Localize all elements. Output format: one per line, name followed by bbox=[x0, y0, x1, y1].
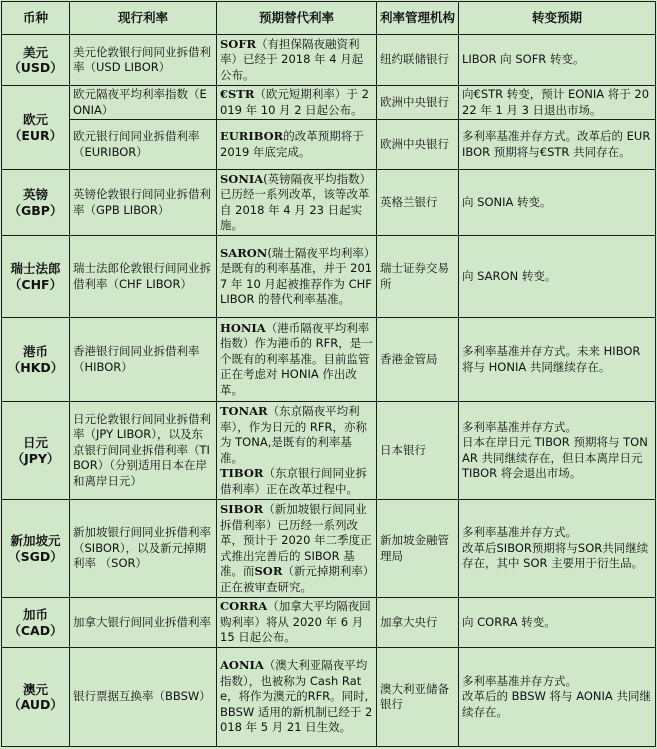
transition-cell: 多利率基准并存方式。改革后的 EURIBOR 预期将与€STR 共同存在。 bbox=[459, 120, 656, 170]
replacement-rate-cell: AONIA（澳大利亚隔夜平均指数），也被称为 Cash Rate，将作为澳元的R… bbox=[217, 648, 377, 747]
authority-cell: 香港金管局 bbox=[377, 318, 459, 402]
transition-para-1: 多利率基准并存方式。 bbox=[462, 420, 652, 436]
authority-cell: 加拿大央行 bbox=[377, 598, 459, 648]
rate-name: SOR bbox=[255, 564, 283, 578]
rate-name: HONIA bbox=[220, 321, 266, 335]
transition-cell: 向 CORRA 转变。 bbox=[459, 598, 656, 648]
transition-cell: 多利率基准并存方式。 改革后的 BBSW 将与 AONIA 共同继续存在。 bbox=[459, 648, 656, 747]
currency-code: （HKD） bbox=[5, 360, 66, 376]
rate-name: CORRA bbox=[220, 599, 267, 613]
replacement-rate-cell: TONAR（东京隔夜平均利率），作为日元的 RFR，亦称为 TONA,是既有的利… bbox=[217, 402, 377, 500]
currency-code: （AUD） bbox=[5, 697, 66, 713]
currency-name: 欧元 bbox=[5, 112, 66, 128]
transition-para-2: 日本在岸日元 TIBOR 预期将与 TONAR 共同继续存在，但日本离岸日元 T… bbox=[462, 435, 652, 482]
current-rate-cell: 瑞士法郎伦敦银行间同业拆借利率（CHF LIBOR） bbox=[70, 236, 217, 318]
currency-name: 英镑 bbox=[5, 187, 66, 203]
rate-name: AONIA bbox=[220, 658, 264, 672]
table-row-gbp: 英镑 （GBP） 英镑伦敦银行间同业拆借利率（GPB LIBOR） SONIA(… bbox=[2, 170, 656, 236]
current-rate-cell: 加拿大银行间同业拆借利率 bbox=[70, 598, 217, 648]
table-row-eur-eonia: 欧元 （EUR） 欧元隔夜平均利率指数（EONIA） €STR（欧元短期利率）于… bbox=[2, 86, 656, 120]
currency-cell: 新加坡元 （SGD） bbox=[2, 500, 70, 598]
replacement-rate-cell: SARON(瑞士隔夜平均利率）是既有的利率基准，并于 2017 年 10 月起被… bbox=[217, 236, 377, 318]
currency-cell: 瑞士法郎 （CHF） bbox=[2, 236, 70, 318]
current-rate-cell: 美元伦敦银行间同业拆借利率（USD LIBOR） bbox=[70, 35, 217, 86]
currency-name: 港币 bbox=[5, 344, 66, 360]
replacement-rate-cell: HONIA（港币隔夜平均利率指数）作为港币的 RFR，是一个既有的利率基准。目前… bbox=[217, 318, 377, 402]
currency-cell: 欧元 （EUR） bbox=[2, 86, 70, 170]
replacement-para-1: TONAR（东京隔夜平均利率），作为日元的 RFR，亦称为 TONA,是既有的利… bbox=[220, 404, 373, 466]
header-current-rate: 现行利率 bbox=[70, 2, 217, 35]
transition-cell: 多利率基准并存方式。 改革后SIBOR预期将与SOR共同继续存在，其中 SOR … bbox=[459, 500, 656, 598]
current-rate-cell: 欧元银行间同业拆借利率（EURIBOR） bbox=[70, 120, 217, 170]
replacement-rate-cell: SIBOR（新加坡银行间同业拆借利率）已历经一系列改革，预计于 2020 年二季… bbox=[217, 500, 377, 598]
transition-para-1: 多利率基准并存方式。 bbox=[462, 525, 652, 541]
replacement-para-2: TIBOR（东京银行间同业拆借利率）正在改革过程中。 bbox=[220, 466, 373, 497]
currency-name: 加币 bbox=[5, 607, 66, 623]
authority-cell: 纽约联储银行 bbox=[377, 35, 459, 86]
table-row-cad: 加币 （CAD） 加拿大银行间同业拆借利率 CORRA（加拿大平均隔夜回购利率）… bbox=[2, 598, 656, 648]
transition-para-2: 改革后SIBOR预期将与SOR共同继续存在，其中 SOR 主要用于衍生品。 bbox=[462, 541, 652, 572]
authority-cell: 欧洲中央银行 bbox=[377, 120, 459, 170]
transition-para-1: 多利率基准并存方式。 bbox=[462, 674, 652, 690]
currency-name: 新加坡元 bbox=[5, 533, 66, 549]
rate-name: SONIA bbox=[220, 172, 263, 186]
current-rate-cell: 日元伦敦银行间同业拆借利率（JPY LIBOR），以及东京银行间同业拆借利率（T… bbox=[70, 402, 217, 500]
currency-cell: 港币 （HKD） bbox=[2, 318, 70, 402]
currency-cell: 英镑 （GBP） bbox=[2, 170, 70, 236]
transition-cell: 多利率基准并存方式。 日本在岸日元 TIBOR 预期将与 TONAR 共同继续存… bbox=[459, 402, 656, 500]
currency-code: （SGD） bbox=[5, 549, 66, 565]
rate-name: SARON bbox=[220, 246, 267, 260]
currency-name: 澳元 bbox=[5, 682, 66, 698]
table-row-usd: 美元 （USD） 美元伦敦银行间同业拆借利率（USD LIBOR） SOFR（有… bbox=[2, 35, 656, 86]
authority-cell: 日本银行 bbox=[377, 402, 459, 500]
current-rate-cell: 新加坡银行间同业拆借利率（SIBOR），以及新元掉期利率 （SOR） bbox=[70, 500, 217, 598]
replacement-rate-cell: EURIBOR的改革预期将于 2019 年底完成。 bbox=[217, 120, 377, 170]
currency-name: 美元 bbox=[5, 45, 66, 61]
authority-cell: 瑞士证券交易所 bbox=[377, 236, 459, 318]
currency-code: （CHF） bbox=[5, 277, 66, 293]
replacement-rate-cell: SONIA(英镑隔夜平均指数）已历经一系列改革，该等改革自 2018 年 4 月… bbox=[217, 170, 377, 236]
table-row-aud: 澳元 （AUD） 银行票据互换率（BBSW） AONIA（澳大利亚隔夜平均指数）… bbox=[2, 648, 656, 747]
transition-cell: LIBOR 向 SOFR 转变。 bbox=[459, 35, 656, 86]
currency-code: （USD） bbox=[5, 60, 66, 76]
table-row-hkd: 港币 （HKD） 香港银行间同业拆借利率（HIBOR） HONIA（港币隔夜平均… bbox=[2, 318, 656, 402]
rate-name: TIBOR bbox=[220, 466, 263, 480]
header-currency: 币种 bbox=[2, 2, 70, 35]
current-rate-cell: 银行票据互换率（BBSW） bbox=[70, 648, 217, 747]
transition-cell: 向 SARON 转变。 bbox=[459, 236, 656, 318]
currency-cell: 加币 （CAD） bbox=[2, 598, 70, 648]
header-transition: 转变预期 bbox=[459, 2, 656, 35]
currency-cell: 澳元 （AUD） bbox=[2, 648, 70, 747]
replacement-rate-cell: €STR（欧元短期利率）于 2019 年 10 月 2 日起公布。 bbox=[217, 86, 377, 120]
currency-name: 日元 bbox=[5, 435, 66, 451]
current-rate-cell: 英镑伦敦银行间同业拆借利率（GPB LIBOR） bbox=[70, 170, 217, 236]
replacement-rate-cell: SOFR（有担保隔夜融资利率）已经于 2018 年 4 月起公布。 bbox=[217, 35, 377, 86]
table-row-jpy: 日元 （JPY） 日元伦敦银行间同业拆借利率（JPY LIBOR），以及东京银行… bbox=[2, 402, 656, 500]
rate-name: SIBOR bbox=[220, 502, 263, 516]
currency-name: 瑞士法郎 bbox=[5, 261, 66, 277]
authority-cell: 欧洲中央银行 bbox=[377, 86, 459, 120]
authority-cell: 新加坡金融管理局 bbox=[377, 500, 459, 598]
header-row: 币种 现行利率 预期替代利率 利率管理机构 转变预期 bbox=[2, 2, 656, 35]
currency-code: （JPY） bbox=[5, 451, 66, 467]
rate-name: EURIBOR bbox=[220, 129, 283, 143]
replacement-rate-cell: CORRA（加拿大平均隔夜回购利率）将从 2020 年 6 月 15 日起公布。 bbox=[217, 598, 377, 648]
authority-cell: 澳大利亚储备银行 bbox=[377, 648, 459, 747]
transition-cell: 向€STR 转变，预计 EONIA 将于 2022 年 1 月 3 日退出市场。 bbox=[459, 86, 656, 120]
currency-code: （GBP） bbox=[5, 203, 66, 219]
currency-code: （CAD） bbox=[5, 623, 66, 639]
currency-cell: 日元 （JPY） bbox=[2, 402, 70, 500]
authority-cell: 英格兰银行 bbox=[377, 170, 459, 236]
transition-cell: 向 SONIA 转变。 bbox=[459, 170, 656, 236]
current-rate-cell: 欧元隔夜平均利率指数（EONIA） bbox=[70, 86, 217, 120]
header-authority: 利率管理机构 bbox=[377, 2, 459, 35]
table-row-sgd: 新加坡元 （SGD） 新加坡银行间同业拆借利率（SIBOR），以及新元掉期利率 … bbox=[2, 500, 656, 598]
header-replacement-rate: 预期替代利率 bbox=[217, 2, 377, 35]
transition-para-2: 改革后的 BBSW 将与 AONIA 共同继续存在。 bbox=[462, 689, 652, 720]
transition-cell: 多利率基准并存方式。未来 HIBOR 将与 HONIA 共同继续存在。 bbox=[459, 318, 656, 402]
libor-transition-table: 币种 现行利率 预期替代利率 利率管理机构 转变预期 美元 （USD） 美元伦敦… bbox=[1, 1, 656, 747]
rate-name: €STR bbox=[220, 87, 254, 101]
currency-cell: 美元 （USD） bbox=[2, 35, 70, 86]
rate-name: TONAR bbox=[220, 404, 268, 418]
currency-code: （EUR） bbox=[5, 128, 66, 144]
current-rate-cell: 香港银行间同业拆借利率（HIBOR） bbox=[70, 318, 217, 402]
table-row-eur-euribor: 欧元银行间同业拆借利率（EURIBOR） EURIBOR的改革预期将于 2019… bbox=[2, 120, 656, 170]
table-row-chf: 瑞士法郎 （CHF） 瑞士法郎伦敦银行间同业拆借利率（CHF LIBOR） SA… bbox=[2, 236, 656, 318]
rate-name: SOFR bbox=[220, 37, 256, 51]
